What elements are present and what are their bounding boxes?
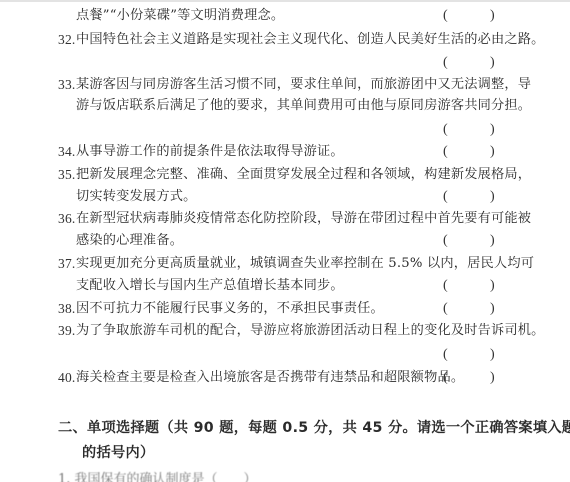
- question-text: 中国特色社会主义道路是实现社会主义现代化、创造人民美好生活的必由之路。: [76, 29, 545, 51]
- question-text: 点餐”“小份菜碟”等文明消费理念。: [76, 5, 284, 27]
- question-number: 36.: [58, 208, 75, 230]
- question-number: 38.: [58, 298, 75, 320]
- question-32-answer-line: (): [0, 52, 570, 74]
- question-number: 34.: [58, 141, 75, 163]
- question-32: 32. 中国特色社会主义道路是实现社会主义现代化、创造人民美好生活的必由之路。: [0, 29, 570, 51]
- question-34: 34. 从事导游工作的前提条件是依法取得导游证。 (): [0, 141, 570, 163]
- question-39-answer-line: (): [0, 344, 570, 366]
- question-text: 为了争取旅游车司机的配合，导游应将旅游团活动日程上的变化及时告诉司机。: [76, 320, 545, 342]
- question-text: 实现更加充分更高质量就业，城镇调查失业率控制在 5.5% 以内，居民人均可: [76, 253, 534, 275]
- question-35-line-2: 切实转变发展方式。 (): [0, 186, 570, 208]
- question-33: 33. 某游客因与同房游客生活习惯不同，要求住单间，而旅游团中又无法调整，导: [0, 74, 570, 96]
- section-heading-line-2: 的括号内）: [82, 441, 154, 465]
- question-36: 36. 在新型冠状病毒肺炎疫情常态化防控阶段，导游在带团过程中首先要有可能被: [0, 208, 570, 230]
- question-text: 游与饭店联系后满足了他的要求，其单间费用可由他与原同房游客共同分担。: [76, 95, 531, 117]
- question-33-answer-line: (): [0, 119, 570, 141]
- question-33-line-2: 游与饭店联系后满足了他的要求，其单间费用可由他与原同房游客共同分担。: [0, 95, 570, 117]
- page-top-border: [0, 0, 570, 2]
- section-heading: 二、单项选择题（共 90 题，每题 0.5 分，共 45 分。请选一个正确答案填…: [58, 416, 570, 440]
- question-37: 37. 实现更加充分更高质量就业，城镇调查失业率控制在 5.5% 以内，居民人均…: [0, 253, 570, 275]
- question-number: 32.: [58, 29, 75, 51]
- question-text: 把新发展理念完整、准确、全面贯穿发展全过程和各领域，构建新发展格局，: [76, 164, 531, 186]
- question-number: 40.: [58, 367, 75, 389]
- question-31-line-2: 点餐”“小份菜碟”等文明消费理念。 (): [0, 5, 570, 27]
- question-text: 切实转变发展方式。: [76, 186, 197, 208]
- question-37-line-2: 支配收入增长与国内生产总值增长基本同步。 (): [0, 275, 570, 297]
- question-number: 33.: [58, 74, 75, 96]
- cutoff-question-1: 1. 我国保有的确认制度是（ ）: [58, 470, 257, 482]
- question-text: 因不可抗力不能履行民事义务的，不承担民事责任。: [76, 298, 384, 320]
- question-40: 40. 海关检查主要是检查入出境旅客是否携带有违禁品和超限额物品。 (): [0, 367, 570, 389]
- question-38: 38. 因不可抗力不能履行民事义务的，不承担民事责任。 (): [0, 298, 570, 320]
- question-text: 在新型冠状病毒肺炎疫情常态化防控阶段，导游在带团过程中首先要有可能被: [76, 208, 531, 230]
- question-text: 海关检查主要是检查入出境旅客是否携带有违禁品和超限额物品。: [76, 367, 464, 389]
- question-number: 37.: [58, 253, 75, 275]
- question-36-line-2: 感染的心理准备。 (): [0, 230, 570, 252]
- question-text: 支配收入增长与国内生产总值增长基本同步。: [76, 275, 344, 297]
- question-text: 从事导游工作的前提条件是依法取得导游证。: [76, 141, 344, 163]
- question-text: 某游客因与同房游客生活习惯不同，要求住单间，而旅游团中又无法调整，导: [76, 74, 531, 96]
- question-39: 39. 为了争取旅游车司机的配合，导游应将旅游团活动日程上的变化及时告诉司机。: [0, 320, 570, 342]
- question-35: 35. 把新发展理念完整、准确、全面贯穿发展全过程和各领域，构建新发展格局，: [0, 164, 570, 186]
- question-text: 感染的心理准备。: [76, 230, 183, 252]
- question-number: 35.: [58, 164, 75, 186]
- question-number: 39.: [58, 320, 75, 342]
